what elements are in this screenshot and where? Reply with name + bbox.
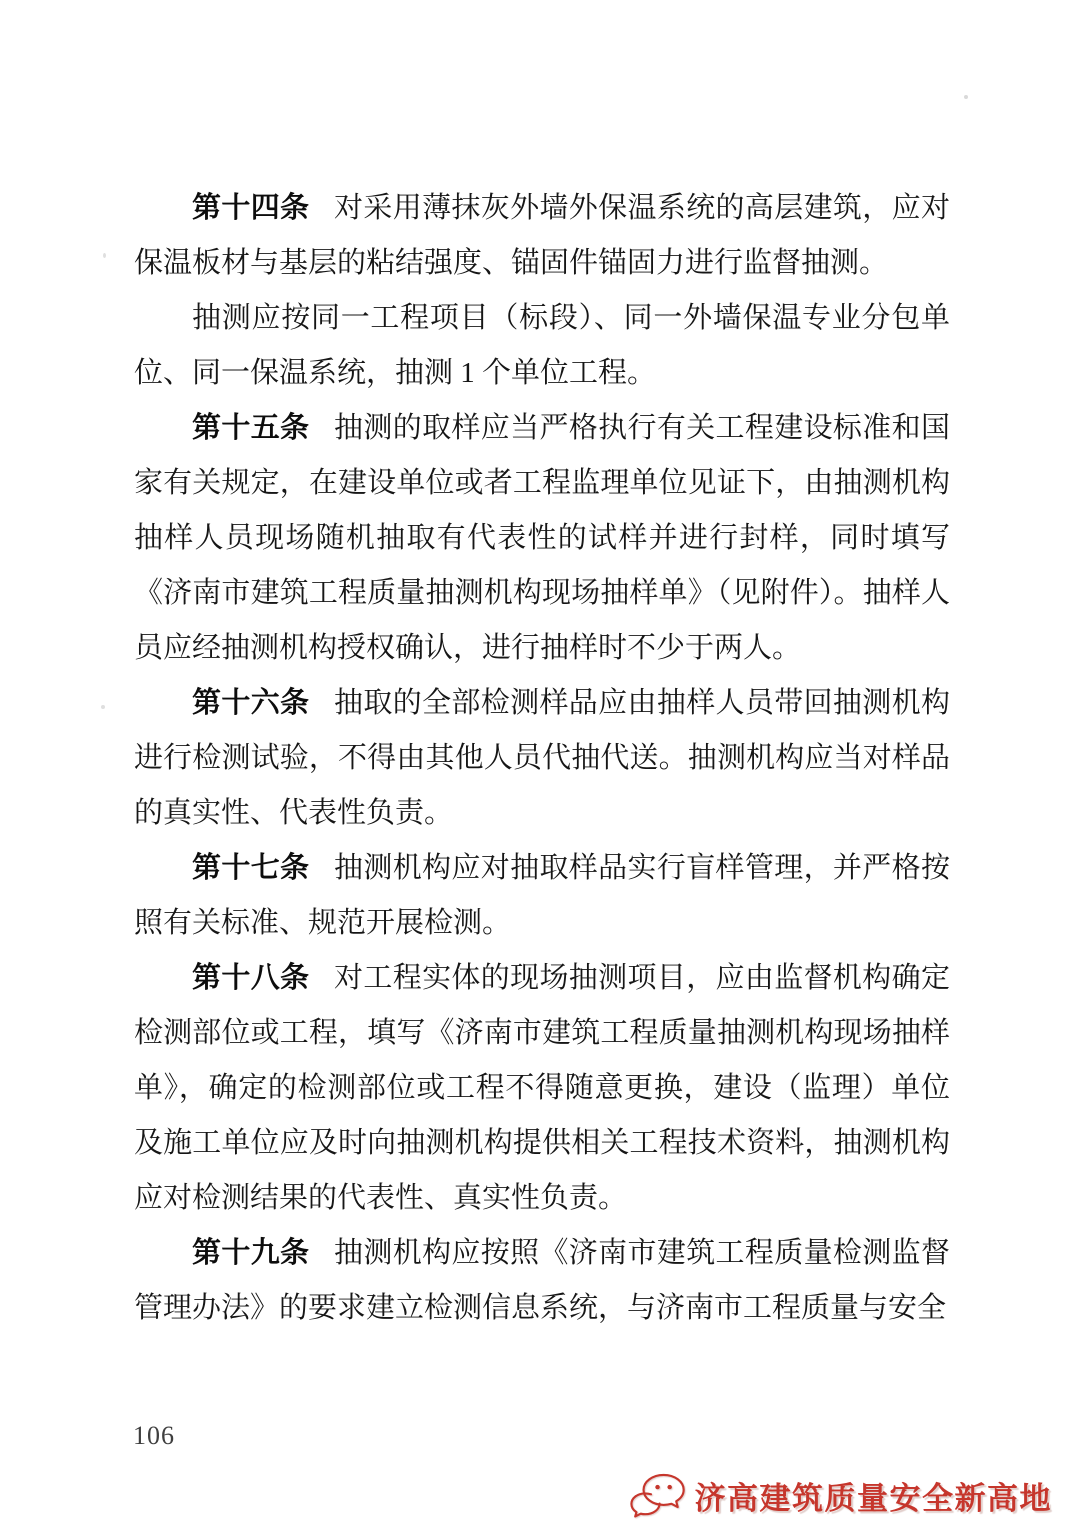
article-14b-text: 抽测应按同一工程项目（标段）、同一外墙保温专业分包单位、同一保温系统，抽测 1 … — [134, 302, 950, 389]
article-18-number: 第十八条 — [192, 962, 309, 994]
scan-speck — [101, 705, 105, 709]
paragraph-article-15: 第十五条抽测的取样应当严格执行有关工程建设标准和国家有关规定，在建设单位或者工程… — [134, 401, 950, 676]
paragraph-article-17: 第十七条抽测机构应对抽取样品实行盲样管理，并严格按照有关标准、规范开展检测。 — [134, 841, 950, 951]
article-15-text: 抽测的取样应当严格执行有关工程建设标准和国家有关规定，在建设单位或者工程监理单位… — [134, 412, 950, 664]
wechat-icon — [630, 1471, 686, 1519]
scan-speck — [964, 95, 968, 99]
article-14-number: 第十四条 — [192, 192, 309, 224]
paragraph-article-14-continuation: 抽测应按同一工程项目（标段）、同一外墙保温专业分包单位、同一保温系统，抽测 1 … — [134, 291, 950, 401]
watermark-text: 济高建筑质量安全新高地 — [695, 1473, 1053, 1518]
paragraph-article-16: 第十六条抽取的全部检测样品应由抽样人员带回抽测机构进行检测试验，不得由其他人员代… — [134, 676, 950, 841]
document-body: 第十四条对采用薄抹灰外墙外保温系统的高层建筑，应对保温板材与基层的粘结强度、锚固… — [134, 181, 950, 1336]
article-15-number: 第十五条 — [192, 412, 309, 444]
paragraph-article-14: 第十四条对采用薄抹灰外墙外保温系统的高层建筑，应对保温板材与基层的粘结强度、锚固… — [134, 181, 950, 291]
wechat-watermark: 济高建筑质量安全新高地 — [630, 1471, 1053, 1519]
article-17-number: 第十七条 — [192, 852, 309, 884]
page-number: 106 — [133, 1421, 175, 1451]
scan-speck — [103, 253, 106, 258]
document-page: 第十四条对采用薄抹灰外墙外保温系统的高层建筑，应对保温板材与基层的粘结强度、锚固… — [0, 0, 1080, 1527]
article-16-number: 第十六条 — [192, 687, 309, 719]
paragraph-article-18: 第十八条对工程实体的现场抽测项目，应由监督机构确定检测部位或工程，填写《济南市建… — [134, 951, 950, 1226]
paragraph-article-19: 第十九条抽测机构应按照《济南市建筑工程质量检测监督管理办法》的要求建立检测信息系… — [134, 1226, 950, 1336]
article-18-text: 对工程实体的现场抽测项目，应由监督机构确定检测部位或工程，填写《济南市建筑工程质… — [134, 962, 950, 1214]
article-19-number: 第十九条 — [192, 1237, 309, 1269]
